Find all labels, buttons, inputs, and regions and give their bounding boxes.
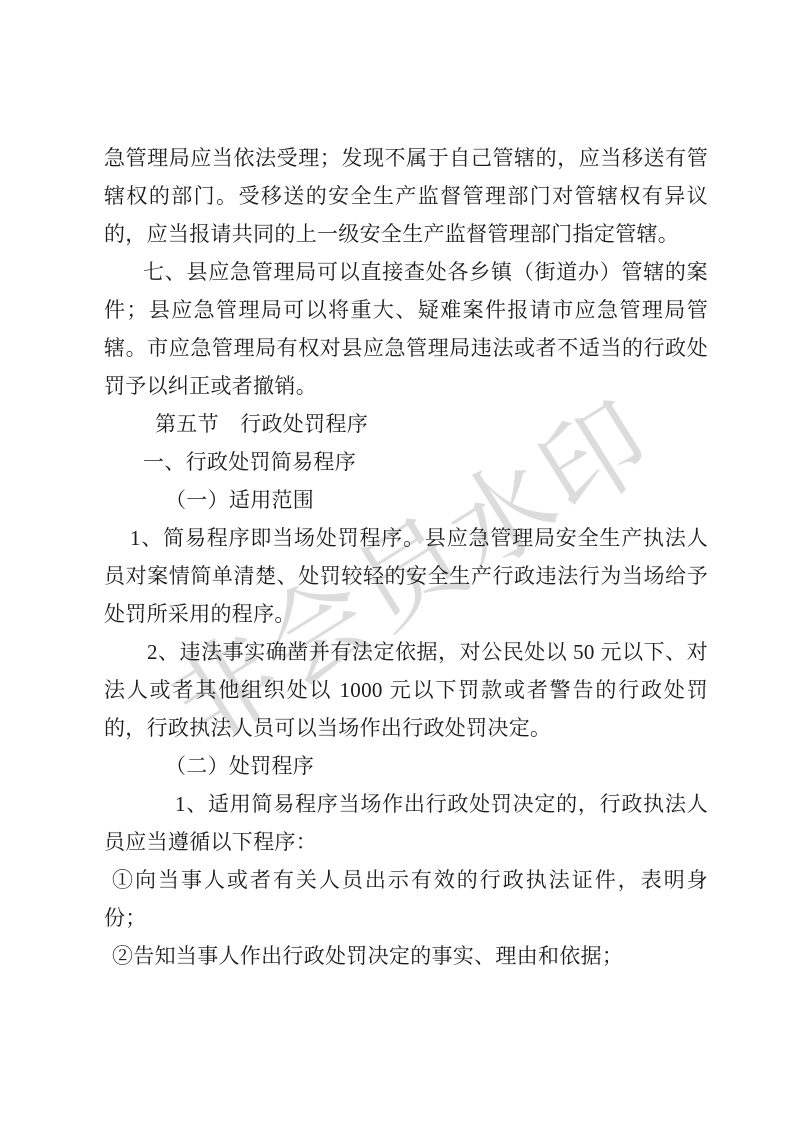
list-item-inform-party: ②告知当事人作出行政处罚决定的事实、理由和依据； — [104, 937, 708, 975]
list-item-show-credentials: ①向当事人或者有关人员出示有效的行政执法证件，表明身份； — [104, 861, 708, 937]
heading-section-five: 第五节 行政处罚程序 — [104, 405, 708, 443]
paragraph-simple-procedure-definition: 1、简易程序即当场处罚程序。县应急管理局安全生产执法人员对案情简单清楚、处罚较轻… — [104, 519, 708, 633]
page-background: 非会员水印 急管理局应当依法受理；发现不属于自己管辖的，应当移送有管辖权的部门。… — [0, 0, 793, 1122]
heading-penalty-procedure: （二）处罚程序 — [104, 747, 708, 785]
heading-scope-of-application: （一）适用范围 — [104, 481, 708, 519]
heading-simple-procedure: 一、行政处罚简易程序 — [104, 443, 708, 481]
document-content: 急管理局应当依法受理；发现不属于自己管辖的，应当移送有管辖权的部门。受移送的安全… — [104, 139, 708, 975]
paragraph-fine-limits: 2、违法事实确凿并有法定依据，对公民处以 50 元以下、对法人或者其他组织处以 … — [104, 633, 708, 747]
document-page: { "page": { "background_color": "#ffffff… — [0, 0, 793, 1122]
paragraph-jurisdiction-continuation: 急管理局应当依法受理；发现不属于自己管辖的，应当移送有管辖权的部门。受移送的安全… — [104, 139, 708, 253]
paragraph-item-seven: 七、县应急管理局可以直接查处各乡镇（街道办）管辖的案件；县应急管理局可以将重大、… — [104, 253, 708, 405]
paragraph-procedure-intro: 1、适用简易程序当场作出行政处罚决定的，行政执法人员应当遵循以下程序： — [104, 785, 708, 861]
